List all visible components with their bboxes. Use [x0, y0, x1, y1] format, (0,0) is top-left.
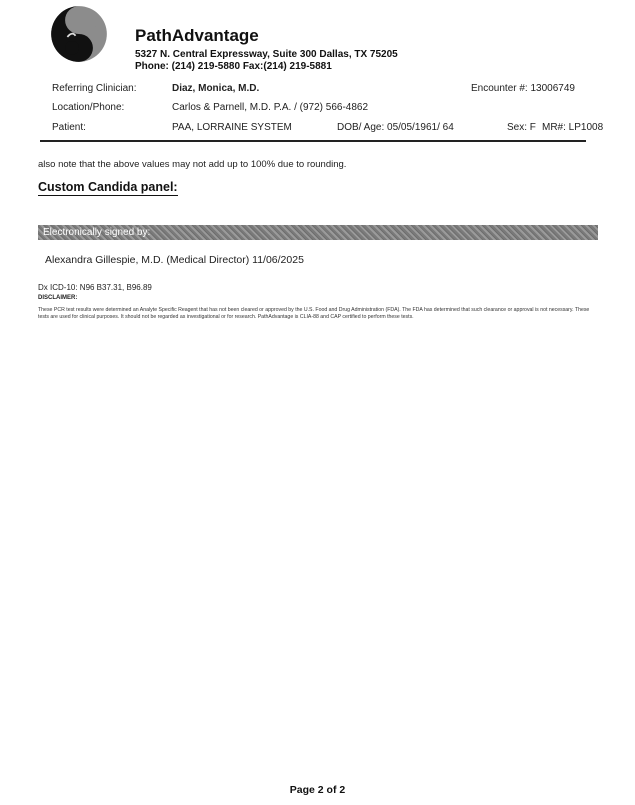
patient-value: PAA, LORRAINE SYSTEM [172, 122, 292, 133]
mr-number: MR#: LP1008 [542, 122, 603, 133]
page-number: Page 2 of 2 [0, 784, 635, 796]
patient-label: Patient: [52, 122, 86, 133]
signed-label: Electronically signed by: [43, 227, 150, 238]
lab-address: 5327 N. Central Expressway, Suite 300 Da… [135, 49, 398, 73]
dob-age: DOB/ Age: 05/05/1961/ 64 [337, 122, 454, 133]
location-label: Location/Phone: [52, 102, 124, 113]
disclaimer-text: These PCR test results were determined a… [38, 307, 598, 320]
sex: Sex: F [507, 122, 536, 133]
phone-fax-line: Phone: (214) 219-5880 Fax:(214) 219-5881 [135, 61, 398, 73]
encounter-number: Encounter #: 13006749 [471, 83, 575, 94]
header-divider [40, 140, 586, 142]
dx-codes: Dx ICD-10: N96 B37.31, B96.89 [38, 283, 152, 292]
referring-value: Diaz, Monica, M.D. [172, 83, 259, 94]
signer: Alexandra Gillespie, M.D. (Medical Direc… [45, 254, 304, 266]
location-value: Carlos & Parnell, M.D. P.A. / (972) 566-… [172, 102, 368, 113]
address-line: 5327 N. Central Expressway, Suite 300 Da… [135, 49, 398, 61]
section-title: Custom Candida panel: [38, 180, 178, 196]
rounding-note: also note that the above values may not … [38, 159, 346, 170]
brand-name: PathAdvantage [135, 26, 259, 46]
disclaimer-label: DISCLAIMER: [38, 295, 77, 301]
referring-label: Referring Clinician: [52, 83, 136, 94]
yin-yang-logo-icon [50, 5, 108, 63]
signed-bar: Electronically signed by: [38, 225, 598, 240]
